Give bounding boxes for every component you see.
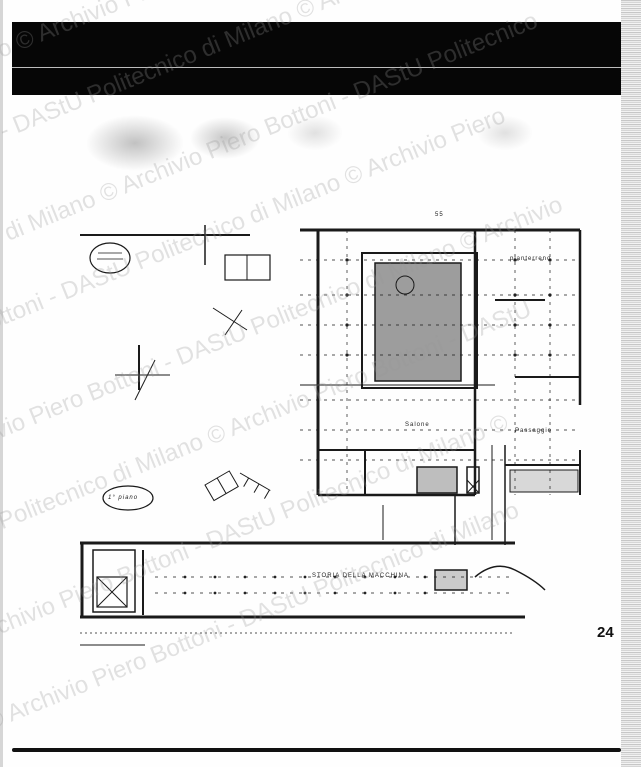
bottom-rule (12, 748, 621, 752)
page-number: 24 (597, 624, 614, 641)
room-label-passaggio: Passaggio (515, 428, 552, 434)
header-rule (12, 67, 621, 68)
page-left-edge (0, 0, 3, 767)
black-header-band (12, 22, 621, 95)
room-label-pianterreno: pianterreno (510, 256, 551, 262)
archive-stamp-icon (90, 243, 130, 273)
scanned-page: STORIA DELLA MACCHINA 55 1° piano Salone… (0, 0, 641, 767)
scan-noise-band (45, 98, 595, 190)
page-right-edge-scan-noise (621, 0, 641, 767)
room-label-salone: Salone (405, 422, 430, 428)
hall-label: STORIA DELLA MACCHINA (312, 573, 409, 579)
dimension-top-label: 55 (435, 212, 444, 218)
floor-note-label: 1° piano (108, 495, 138, 501)
